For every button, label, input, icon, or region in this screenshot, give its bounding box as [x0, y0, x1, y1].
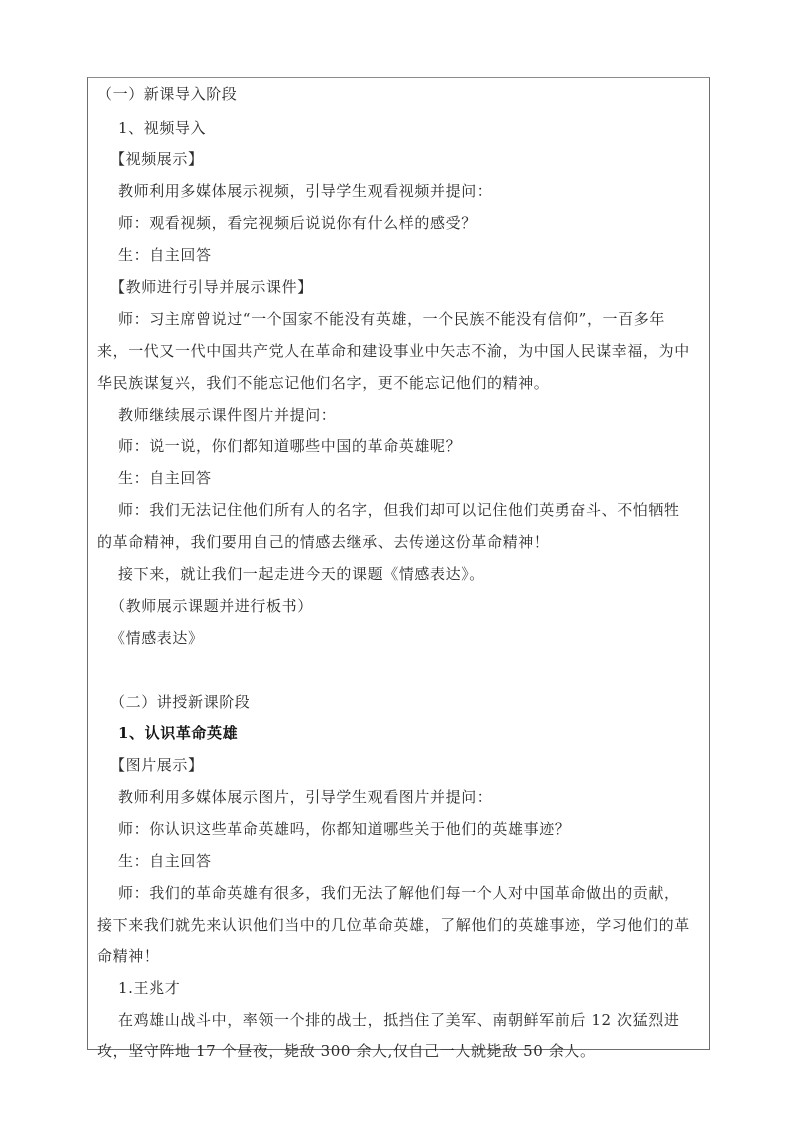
note-board-writing: （教师展示课题并进行板书） — [110, 596, 313, 616]
label-teacher-guide: 【教师进行引导并展示课件】 — [110, 277, 313, 297]
student-line: 生：自主回答 — [118, 851, 212, 871]
teacher-line: 师：我们的革命英雄有很多，我们无法了解他们每一个人对中国革命做出的贡献， — [118, 883, 680, 903]
paragraph-continuation: 的革命精神，我们要用自己的情感去继承、去传递这份革命精神！ — [97, 532, 549, 552]
lesson-title: 《情感表达》 — [110, 628, 204, 648]
subheading-know-heroes: 1、认识革命英雄 — [118, 723, 238, 743]
paragraph: 教师利用多媒体展示图片，引导学生观看图片并提问： — [118, 787, 492, 807]
paragraph-continuation: 华民族谋复兴，我们不能忘记他们名字，更不能忘记他们的精神。 — [97, 373, 549, 393]
paragraph-continuation: 接下来我们就先来认识他们当中的几位革命英雄，了解他们的英雄事迹，学习他们的革 — [97, 915, 690, 935]
teacher-line: 师：我们无法记住他们所有人的名字，但我们却可以记住他们英勇奋斗、不怕牺牲 — [118, 500, 680, 520]
label-video-display: 【视频展示】 — [110, 149, 204, 169]
teacher-line: 师：说一说，你们都知道哪些中国的革命英雄呢？ — [118, 436, 461, 456]
hero-description-continuation: 攻，坚守阵地 17 个昼夜，毙敌 300 余人,仅自己一人就毙敌 50 余人。 — [97, 1041, 596, 1061]
teacher-line: 师：习主席曾说过“一个国家不能没有英雄，一个民族不能没有信仰”，一百多年 — [118, 309, 702, 329]
section-heading-intro: （一）新课导入阶段 — [97, 84, 237, 104]
teacher-line: 师：观看视频，看完视频后说说你有什么样的感受？ — [118, 213, 477, 233]
hero-description: 在鸡雄山战斗中，率领一个排的战士，抵挡住了美军、南朝鲜军前后 12 次猛烈进 — [118, 1010, 679, 1030]
paragraph: 教师继续展示课件图片并提问： — [118, 405, 336, 425]
student-line: 生：自主回答 — [118, 245, 212, 265]
subheading-video-intro: 1、视频导入 — [118, 118, 206, 138]
teacher-line: 师：你认识这些革命英雄吗，你都知道哪些关于他们的英雄事迹？ — [118, 819, 570, 839]
paragraph: 接下来，就让我们一起走进今天的课题《情感表达》。 — [118, 564, 485, 584]
paragraph: 教师利用多媒体展示视频，引导学生观看视频并提问： — [118, 181, 492, 201]
paragraph-continuation: 命精神！ — [97, 946, 159, 966]
label-image-display: 【图片展示】 — [110, 755, 204, 775]
section-heading-new-lesson: （二）讲授新课阶段 — [110, 692, 250, 712]
student-line: 生：自主回答 — [118, 468, 212, 488]
hero-name: 1.王兆才 — [118, 978, 180, 998]
lesson-plan-table-cell: （一）新课导入阶段 1、视频导入 【视频展示】 教师利用多媒体展示视频，引导学生… — [87, 77, 710, 1050]
paragraph-continuation: 来，一代又一代中国共产党人在革命和建设事业中矢志不渝，为中国人民谋幸福，为中 — [97, 341, 690, 361]
